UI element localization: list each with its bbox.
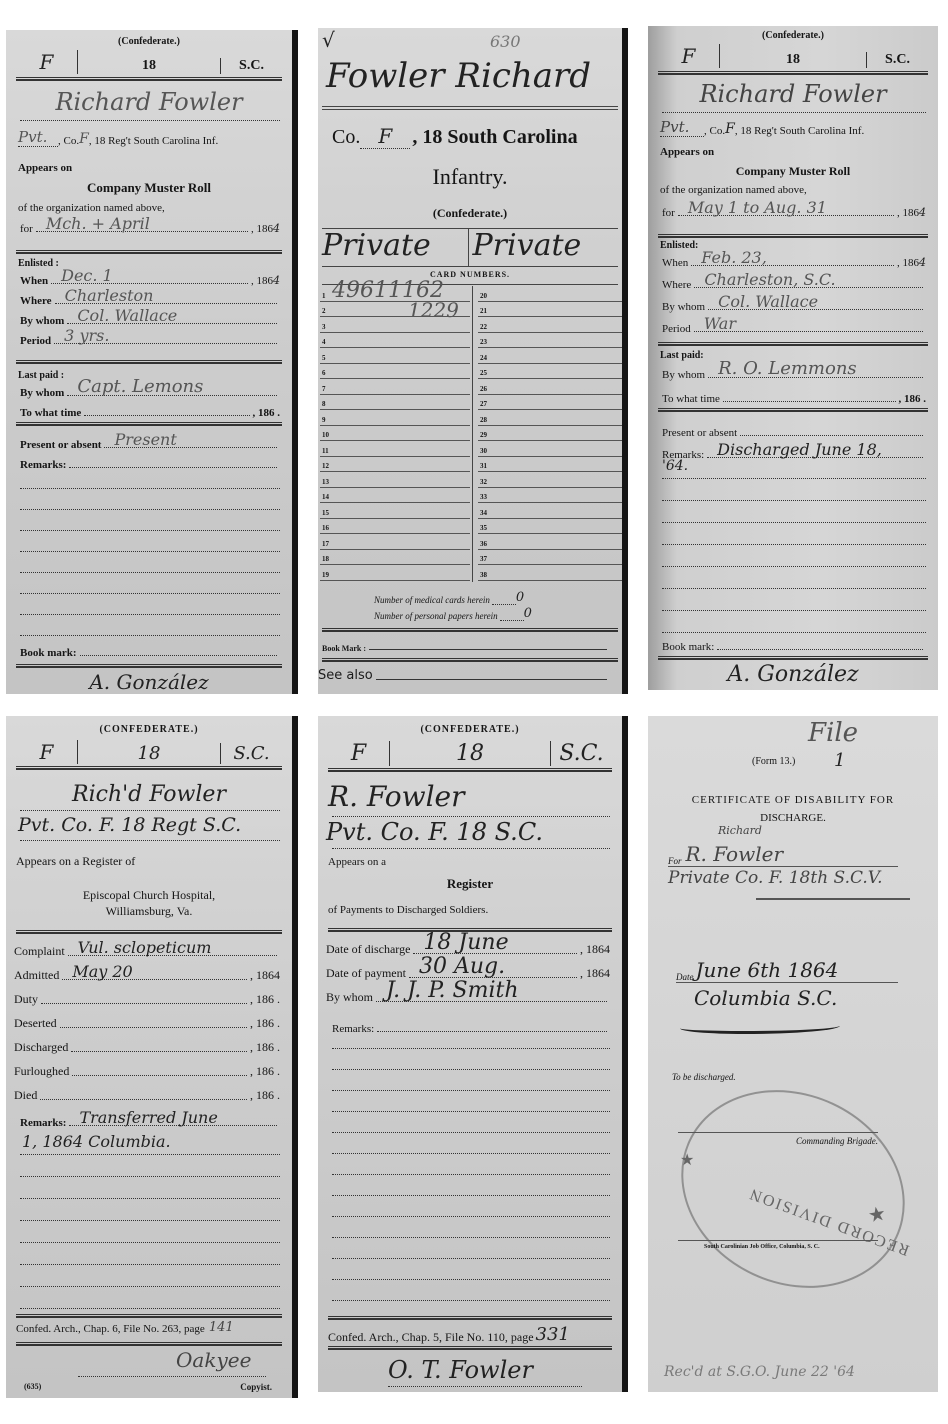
for-value: Mch. + April [46,214,150,233]
payment-register-card: (CONFEDERATE.) F 18 S.C. R. Fowler Pvt. … [318,716,628,1392]
card-number-row-label: 12 [322,462,329,470]
unit-text-2: Infantry. [318,164,622,190]
payment-field-row: By whomJ. J. P. Smith [326,988,610,1005]
field-year: , 1864 [580,942,610,957]
paid-by-label: By whom [662,369,705,381]
rank-out: Private [469,228,619,266]
to-what-time-label: To what time [20,407,81,419]
paid-by-value: Capt. Lemons [77,376,203,397]
card-number-row: 21 [478,302,624,318]
card-number-row: 24 [478,348,624,364]
company-letter: F [16,740,78,764]
when-year-hand: 4 [273,274,280,287]
remarks-label: Remarks: [332,1023,374,1035]
card-number-row: 1 [320,286,470,302]
field-value: 30 Aug. [419,954,505,979]
present-value: Present [114,430,176,449]
for-value: R. Fowler [686,842,784,866]
field-year: , 1864 [580,966,610,981]
period-value: War [704,314,736,333]
card-number-note: 630 [490,32,521,51]
for-label: for [20,223,33,235]
present-label: Present or absent [662,427,737,439]
card-number-row-label: 22 [480,323,487,331]
when-value: Feb. 23, [701,248,767,267]
remarks-label: Remarks: [20,459,66,471]
confederate-label: (CONFEDERATE.) [6,724,292,735]
card-number-row: 37 [478,550,624,566]
file-note: File [808,718,858,748]
card-number-row: 17 [320,534,470,550]
hospital-field-row: Died, 186 . [14,1086,280,1103]
for-year-hand: 4 [919,206,926,219]
card-number-row: 33 [478,488,624,504]
enlisted-label: Enlisted: [660,240,698,251]
place-value: Columbia S.C. [694,986,837,1010]
unit-text: , 18 South Carolina [412,126,577,149]
when-label: When [20,275,48,287]
book-mark-label: Book mark: [662,641,714,653]
printer-label: South Carolinian Job Office, Columbia, S… [704,1244,820,1250]
rank-value: Pvt. [18,128,58,147]
card-number-row-label: 17 [322,540,329,548]
hospital-register-card: (CONFEDERATE.) F 18 S.C. Rich'd Fowler P… [6,716,298,1398]
regiment-number: 18 [720,52,866,68]
field-label: Furloughed [14,1064,69,1079]
book-mark-label: Book mark: [20,647,77,659]
co-label: , Co. [704,125,725,137]
card-number-row-label: 33 [480,493,487,501]
card-number-row-label: 13 [322,478,329,486]
org-text: of the organization named above, [660,184,807,196]
field-label: Duty [14,992,38,1007]
regiment-number: 18 [78,58,220,74]
certificate-title: CERTIFICATE OF DISABILITY FOR [648,794,938,806]
roll-title: Company Muster Roll [6,180,292,196]
card-number-row-label: 16 [322,524,329,532]
when-year: , 186 [897,257,919,269]
where-label: Where [20,295,52,307]
card-number-row-label: 29 [480,431,487,439]
field-year: , 186 . [250,1016,280,1031]
org-text: of the organization named above, [18,202,165,214]
when-year: , 186 [251,275,273,287]
card-number-row: 35 [478,519,624,535]
card-number-row-label: 11 [322,447,329,455]
card-number-row-label: 18 [322,555,329,563]
card-number-row-label: 2 [322,307,326,315]
unit-text: , 18 Reg't South Carolina Inf. [735,125,864,137]
date-value: June 6th 1864 [696,958,839,982]
field-value: 18 June [423,930,508,955]
card-number-row-label: 7 [322,385,326,393]
present-label: Present or absent [20,439,101,451]
confederate-label: (Confederate.) [648,30,938,41]
copyist-signature: O. T. Fowler [388,1356,533,1384]
card-number-row-label: 8 [322,400,326,408]
card-number-row-label: 36 [480,540,487,548]
period-label: Period [20,335,51,347]
remarks-value: Transferred June [79,1108,217,1127]
for-year-hand: 4 [273,222,280,235]
period-label: Period [662,323,691,335]
card-number-row: 6 [320,364,470,380]
card-number-row-label: 26 [480,385,487,393]
card-number-row-label: 32 [480,478,487,486]
personal-papers-label: Number of personal papers herein [374,611,498,621]
card-number-row-label: 3 [322,323,326,331]
card-number-row-label: 25 [480,369,487,377]
card-number-row: 13 [320,472,470,488]
co-label: , Co. [58,135,79,147]
rank-line: Pvt. Co. F. 18 Regt S.C. [18,814,241,836]
card-number-row: 3 [320,317,470,333]
card-number-row: 12 [320,457,470,473]
hospital-field-row: ComplaintVul. sclopeticum [14,942,280,959]
card-number-row-label: 24 [480,354,487,362]
card-number-row-label: 20 [480,292,487,300]
book-mark-label: Book Mark : [322,644,366,653]
co-value: F [79,131,89,147]
for-label: For [668,856,682,866]
co-value: F [360,124,410,149]
check-mark: √ [322,28,335,52]
when-year-hand: 4 [919,256,926,269]
field-year: , 186 . [250,992,280,1007]
to-be-discharged-label: To be discharged. [672,1072,736,1082]
card-number-row: 36 [478,534,624,550]
confederate-label: (CONFEDERATE.) [318,724,622,735]
field-label: Discharged [14,1040,68,1055]
company-letter: F [328,741,390,766]
card-number-row-label: 6 [322,369,326,377]
where-label: Where [662,279,691,291]
for-year: , 186 [251,223,273,235]
card-number-row: 28 [478,410,624,426]
form-label: (Form 13.) [752,756,795,767]
card-number-row: 10 [320,426,470,442]
regiment-number: 18 [390,741,550,766]
paid-by-value: R. O. Lemmons [718,358,857,379]
company-letter: F [16,50,78,74]
copyist-signature: A. González [648,662,938,687]
card-number-row: 5 [320,348,470,364]
company-letter: F [658,44,720,68]
last-paid-label: Last paid : [18,370,64,381]
to-what-time-year: , 186 . [899,393,927,405]
card-number-row: 34 [478,503,624,519]
card-number-row: 4 [320,333,470,349]
card-number-row: 9 [320,410,470,426]
field-label: Complaint [14,944,65,959]
card-number-row-label: 31 [480,462,487,470]
by-whom-label: By whom [20,315,64,327]
regiment-number: 18 [78,743,220,764]
state-abbr: S.C. [866,52,928,68]
remarks-label: Remarks: [20,1117,66,1129]
register-title: Register [318,876,622,892]
card-number-row-label: 37 [480,555,487,563]
for-label: for [662,207,675,219]
copyist-signature: Oakyee [176,1348,251,1372]
card-number-row: 27 [478,395,624,411]
last-paid-label: Last paid: [660,350,704,361]
card-number-row-label: 27 [480,400,487,408]
copyist-signature: A. González [6,670,292,694]
card-number-row-label: 1 [322,292,326,300]
disability-certificate-card: File (Form 13.) 1 CERTIFICATE OF DISABIL… [648,716,938,1392]
card-number-row-label: 21 [480,307,487,315]
card-number-row-label: 19 [322,571,329,579]
file-number: 1 [834,750,845,771]
where-value: Charleston, S.C. [704,270,835,289]
field-year: , 186 . [250,1064,280,1079]
rank-in: Private [322,228,469,266]
stamp-star-icon-2: ★ [680,1150,694,1170]
soldier-name: R. Fowler [328,780,465,813]
card-number-row: 11 [320,441,470,457]
card-number-row-label: 9 [322,416,326,424]
commanding-label: Commanding Brigade. [796,1136,878,1146]
card-number-row-label: 10 [322,431,329,439]
to-what-time-year: , 186 . [253,407,281,419]
soldier-name: Richard Fowler [6,88,292,116]
card-number-row: 19 [320,565,470,581]
card-number-row-label: 14 [322,493,329,501]
muster-roll-card-2: (Confederate.) F 18 S.C. Richard Fowler … [648,26,938,690]
appears-on-label: Appears on [660,146,714,158]
remarks-value: Discharged June 18, [717,440,882,459]
archive-ref: Confed. Arch., Chap. 6, File No. 263, pa… [16,1323,205,1335]
paid-by-label: By whom [20,387,64,399]
register-title: Episcopal Church Hospital, [6,888,292,903]
field-value: Vul. sclopeticum [78,938,212,957]
card-number-row: 22 [478,317,624,333]
field-year: , 1864 [250,968,280,983]
card-number-row: 20 [478,286,624,302]
card-number-row: 38 [478,565,624,581]
card-number-row-label: 30 [480,447,487,455]
card-number-row: 2 [320,302,470,318]
remarks-value-2: 1, 1864 Columbia. [22,1132,171,1151]
card-number-row-label: 5 [322,354,326,362]
field-year: , 186 . [250,1040,280,1055]
confederate-label: (Confederate.) [6,36,292,47]
field-label: Deserted [14,1016,57,1031]
register-title-2: Williamsburg, Va. [6,904,292,919]
by-whom-label: By whom [662,301,705,313]
roll-title: Company Muster Roll [648,164,938,179]
archive-ref: Confed. Arch., Chap. 5, File No. 110, pa… [328,1330,534,1345]
remarks-value-2: '64. [662,458,688,474]
by-whom-value: Col. Wallace [718,292,818,311]
card-number-row-label: 15 [322,509,329,517]
hospital-field-row: Duty, 186 . [14,990,280,1007]
archive-page: 141 [209,1320,234,1335]
by-whom-value: Col. Wallace [77,306,177,325]
where-value: Charleston [65,286,154,305]
unit-text: , 18 Reg't South Carolina Inf. [89,135,218,147]
for-value: May 1 to Aug. 31 [688,198,827,217]
medical-cards-label: Number of medical cards herein [374,595,490,605]
card-number-row: 7 [320,379,470,395]
to-what-time-label: To what time [662,393,720,405]
state-abbr: S.C. [220,58,282,74]
field-label: Date of discharge [326,942,410,957]
card-number-row-label: 28 [480,416,487,424]
soldier-name: Fowler Richard [326,56,591,96]
card-number-row: 32 [478,472,624,488]
field-label: Admitted [14,968,59,983]
card-number-row-label: 38 [480,571,487,579]
muster-roll-card-1: (Confederate.) F 18 S.C. Richard Fowler … [6,30,298,694]
field-label: By whom [326,990,373,1005]
certificate-title-2: DISCHARGE. [648,812,938,824]
hospital-field-row: Furloughed, 186 . [14,1062,280,1079]
card-number-row: 23 [478,333,624,349]
field-label: Died [14,1088,37,1103]
card-number-row: 30 [478,441,624,457]
soldier-name: Rich'd Fowler [6,782,292,807]
form-number: (635) [24,1382,41,1391]
state-abbr: S.C. [550,741,612,766]
appears-on-label: Appears on [18,162,72,174]
medical-cards-value: 0 [516,590,524,605]
card-number-row: 29 [478,426,624,442]
card-number-row: 8 [320,395,470,411]
hospital-field-row: Discharged, 186 . [14,1038,280,1055]
when-value: Dec. 1 [61,266,113,285]
period-value: 3 yrs. [64,326,109,345]
personal-papers-value: 0 [524,606,532,621]
archive-page: 331 [536,1324,570,1345]
card-number-row: 14 [320,488,470,504]
for-value-above: Richard [718,824,762,837]
for-year: , 186 [897,207,919,219]
card-number-row: 18 [320,550,470,566]
field-year: , 186 . [250,1088,280,1103]
confederate-label: (Confederate.) [318,206,622,221]
soldier-name: Richard Fowler [648,80,938,108]
appears-on-label: Appears on a Register of [16,854,135,869]
date-label: Date [676,972,694,982]
see-also-label: See also [318,668,373,683]
card-number-row: 25 [478,364,624,380]
co-label: Co. [332,126,360,149]
rank-line: Private Co. F. 18th S.C.V. [668,868,883,888]
appears-on-label: Appears on a [328,856,386,868]
rank-value: Pvt. [660,118,704,137]
when-label: When [662,257,688,269]
enlisted-label: Enlisted : [18,258,59,269]
card-number-row: 31 [478,457,624,473]
co-value: F [725,121,735,137]
card-number-row-label: 23 [480,338,487,346]
footer-note: Rec'd at S.G.O. June 22 '64 [664,1364,855,1380]
card-number-row-label: 4 [322,338,326,346]
field-value: May 20 [72,962,132,981]
state-abbr: S.C. [220,743,282,764]
hospital-field-row: AdmittedMay 20, 1864 [14,966,280,983]
card-number-row: 15 [320,503,470,519]
card-number-row: 16 [320,519,470,535]
index-card: √ 630 Fowler Richard Co. F , 18 South Ca… [318,28,628,694]
register-subtitle: of Payments to Discharged Soldiers. [328,904,488,916]
rank-line: Pvt. Co. F. 18 S.C. [326,818,543,846]
card-number-row-label: 35 [480,524,487,532]
card-number-row: 26 [478,379,624,395]
hospital-field-row: Deserted, 186 . [14,1014,280,1031]
record-division-stamp [649,1054,938,1323]
card-number-row-label: 34 [480,509,487,517]
field-value: J. J. P. Smith [386,978,519,1003]
copyist-label: Copyist. [240,1382,272,1392]
